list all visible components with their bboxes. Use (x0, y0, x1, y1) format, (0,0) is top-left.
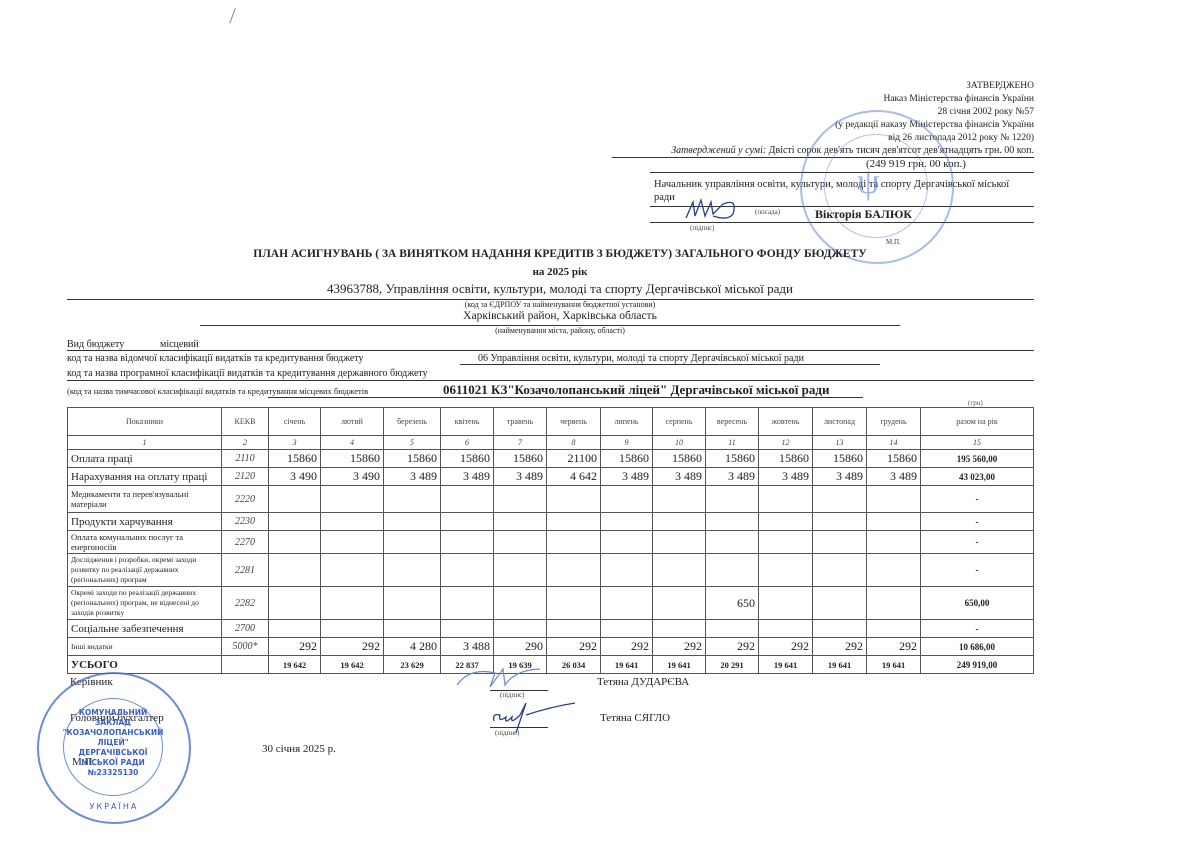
institution-caption: (код за ЄДРПОУ та найменування бюджетної… (160, 300, 960, 309)
month-value: 292 (813, 638, 867, 656)
summary-label: УСЬОГО (68, 656, 222, 674)
month-value: 15860 (759, 450, 813, 468)
row-indicator: Дослідження і розробки, окремі заходи ро… (68, 554, 222, 587)
month-value: 15860 (321, 450, 384, 468)
document-date: 30 січня 2025 р. (262, 743, 336, 755)
table-row: Окремі заходи по реалізації державних (р… (68, 587, 1034, 620)
column-index: 6 (441, 436, 494, 450)
table-header-row: ПоказникиКЕКВсіченьлютийберезеньквітеньт… (68, 408, 1034, 436)
month-value (813, 587, 867, 620)
month-value: 15860 (653, 450, 706, 468)
month-value (384, 531, 441, 554)
row-kekv: 2110 (222, 450, 269, 468)
month-value (384, 587, 441, 620)
month-value (321, 486, 384, 513)
column-header: листопад (813, 408, 867, 436)
month-value (384, 513, 441, 531)
seal-line: ЛІЦЕЙ" (57, 738, 169, 748)
month-value (441, 486, 494, 513)
column-header: Показники (68, 408, 222, 436)
month-value (601, 554, 653, 587)
seal-footer-text: УКРАЇНА (79, 802, 149, 811)
seal-center-text: КОМУНАЛЬНИЙЗАКЛАД"КОЗАЧОЛОПАНСЬКИЙЛІЦЕЙ"… (57, 708, 169, 778)
summary-month-value: 19 641 (813, 656, 867, 674)
month-value (494, 531, 547, 554)
column-index: 2 (222, 436, 269, 450)
month-value: 4 280 (384, 638, 441, 656)
table-row: Дослідження і розробки, окремі заходи ро… (68, 554, 1034, 587)
row-kekv: 5000* (222, 638, 269, 656)
summary-kekv (222, 656, 269, 674)
month-value (813, 486, 867, 513)
dept-classification-label: код та назва відомчої класифікації видат… (67, 353, 364, 364)
month-value (867, 587, 921, 620)
month-value: 292 (706, 638, 759, 656)
month-value (494, 620, 547, 638)
month-value (867, 486, 921, 513)
month-value (867, 554, 921, 587)
month-value: 15860 (384, 450, 441, 468)
month-value (601, 531, 653, 554)
row-indicator: Нарахування на оплату праці (68, 468, 222, 486)
temp-classification-label: (код та назва тимчасової класифікації ви… (67, 386, 368, 396)
location-caption: (найменування міста, району, області) (160, 326, 960, 335)
head-signature (683, 196, 753, 222)
month-value (269, 620, 321, 638)
summary-month-value: 23 629 (384, 656, 441, 674)
month-value (759, 620, 813, 638)
month-value (813, 620, 867, 638)
row-total: 10 686,00 (921, 638, 1034, 656)
month-value (813, 513, 867, 531)
month-value (269, 587, 321, 620)
dept-classification-value: 06 Управління освіти, культури, молоді т… (478, 353, 804, 364)
approved-sum-label: Затверджений у сумі: (671, 145, 766, 156)
month-value: 650 (706, 587, 759, 620)
column-index: 10 (653, 436, 706, 450)
month-value: 292 (321, 638, 384, 656)
column-header: березень (384, 408, 441, 436)
position-caption: (посада) (755, 208, 780, 216)
row-total: - (921, 620, 1034, 638)
month-value (601, 513, 653, 531)
column-header: січень (269, 408, 321, 436)
approval-title: ЗАТВЕРДЖЕНО (600, 80, 1034, 93)
column-index: 14 (867, 436, 921, 450)
column-index: 13 (813, 436, 867, 450)
column-index: 9 (601, 436, 653, 450)
summary-month-value: 19 641 (867, 656, 921, 674)
table-index-row: 123456789101112131415 (68, 436, 1034, 450)
month-value: 4 642 (547, 468, 601, 486)
accountant-sig-caption: (підпис) (495, 729, 520, 737)
allocation-table: ПоказникиКЕКВсіченьлютийберезеньквітеньт… (67, 407, 1034, 674)
month-value (653, 531, 706, 554)
month-value: 15860 (494, 450, 547, 468)
summary-month-value: 19 642 (269, 656, 321, 674)
month-value (653, 486, 706, 513)
month-value (441, 513, 494, 531)
column-index: 1 (68, 436, 222, 450)
month-value: 292 (759, 638, 813, 656)
seal-line: МІСЬКОЇ РАДИ (57, 758, 169, 768)
approval-edition: (у редакції наказу Міністерства фінансів… (600, 119, 1034, 132)
approval-order-date: 28 січня 2002 року №57 (600, 106, 1034, 119)
month-value (494, 513, 547, 531)
month-value: 3 490 (269, 468, 321, 486)
month-value: 15860 (269, 450, 321, 468)
month-value (321, 587, 384, 620)
month-value: 292 (269, 638, 321, 656)
row-indicator: Продукти харчування (68, 513, 222, 531)
table-row: Соціальне забезпечення2700- (68, 620, 1034, 638)
month-value (653, 620, 706, 638)
row-kekv: 2220 (222, 486, 269, 513)
row-indicator: Окремі заходи по реалізації державних (р… (68, 587, 222, 620)
month-value (547, 587, 601, 620)
row-kekv: 2120 (222, 468, 269, 486)
column-index: 4 (321, 436, 384, 450)
table-row: Оплата комунальних послуг та енергоносії… (68, 531, 1034, 554)
month-value (269, 531, 321, 554)
column-index: 15 (921, 436, 1034, 450)
row-indicator: Соціальне забезпечення (68, 620, 222, 638)
row-total: 43 023,00 (921, 468, 1034, 486)
seal-line: №23325130 (57, 768, 169, 778)
month-value (547, 513, 601, 531)
month-value (321, 531, 384, 554)
column-header: грудень (867, 408, 921, 436)
row-kekv: 2700 (222, 620, 269, 638)
row-total: - (921, 531, 1034, 554)
row-indicator: Оплата праці (68, 450, 222, 468)
month-value: 15860 (813, 450, 867, 468)
institution-name: 43963788, Управління освіти, культури, м… (160, 281, 960, 297)
month-value: 15860 (601, 450, 653, 468)
month-value: 3 489 (494, 468, 547, 486)
location: Харківський район, Харківська область (160, 310, 960, 322)
program-classification-label: код та назва програмної класифікації вид… (67, 368, 428, 379)
official-seal-stamp: ψ (800, 110, 954, 264)
column-index: 7 (494, 436, 547, 450)
month-value (759, 587, 813, 620)
month-value: 15860 (441, 450, 494, 468)
month-value (384, 620, 441, 638)
month-value (813, 531, 867, 554)
month-value (494, 554, 547, 587)
seal-line: ЗАКЛАД (57, 718, 169, 728)
month-value (813, 554, 867, 587)
month-value (547, 531, 601, 554)
column-header: лютий (321, 408, 384, 436)
summary-month-value: 19 641 (653, 656, 706, 674)
column-index: 8 (547, 436, 601, 450)
summary-month-value: 19 642 (321, 656, 384, 674)
month-value (706, 531, 759, 554)
row-total: - (921, 513, 1034, 531)
month-value (269, 554, 321, 587)
summary-total: 249 919,00 (921, 656, 1034, 674)
month-value (494, 486, 547, 513)
month-value (759, 531, 813, 554)
summary-month-value: 19 641 (759, 656, 813, 674)
month-value (547, 554, 601, 587)
row-indicator: Медикаменти та перев'язувальні матеріали (68, 486, 222, 513)
month-value (321, 620, 384, 638)
month-value (759, 554, 813, 587)
month-value (706, 486, 759, 513)
month-value (653, 513, 706, 531)
column-header: жовтень (759, 408, 813, 436)
row-total: 650,00 (921, 587, 1034, 620)
seal-line: КОМУНАЛЬНИЙ (57, 708, 169, 718)
row-indicator: Інші видатки (68, 638, 222, 656)
month-value: 3 489 (384, 468, 441, 486)
column-header: травень (494, 408, 547, 436)
column-header: серпень (653, 408, 706, 436)
signature-head-name: Тетяна ДУДАРЄВА (597, 676, 689, 688)
signature-caption: (підпис) (690, 224, 715, 232)
column-index: 11 (706, 436, 759, 450)
month-value: 3 489 (867, 468, 921, 486)
month-value (867, 620, 921, 638)
row-kekv: 2230 (222, 513, 269, 531)
table-row: Продукти харчування2230- (68, 513, 1034, 531)
summary-month-value: 19 641 (601, 656, 653, 674)
row-kekv: 2282 (222, 587, 269, 620)
month-value (867, 513, 921, 531)
month-value: 3 489 (601, 468, 653, 486)
month-value: 3 489 (813, 468, 867, 486)
month-value: 21100 (547, 450, 601, 468)
month-value: 15860 (867, 450, 921, 468)
month-value (441, 620, 494, 638)
month-value (441, 587, 494, 620)
month-value (441, 554, 494, 587)
column-header: липень (601, 408, 653, 436)
month-value: 292 (601, 638, 653, 656)
month-value (706, 620, 759, 638)
seal-line: "КОЗАЧОЛОПАНСЬКИЙ (57, 728, 169, 738)
column-index: 12 (759, 436, 813, 450)
column-index: 3 (269, 436, 321, 450)
column-header: вересень (706, 408, 759, 436)
column-header: КЕКВ (222, 408, 269, 436)
signature-accountant-name: Тетяна СЯГЛО (600, 712, 670, 724)
month-value (269, 486, 321, 513)
month-value (706, 513, 759, 531)
column-header: червень (547, 408, 601, 436)
budget-type-value: місцевий (160, 339, 199, 350)
month-value: 292 (653, 638, 706, 656)
summary-month-value: 20 291 (706, 656, 759, 674)
column-header: разом на рік (921, 408, 1034, 436)
temp-classification-value: 0611021 КЗ"Козачолопанський ліцей" Дерга… (443, 382, 829, 398)
scan-mark (229, 8, 236, 24)
month-value (321, 513, 384, 531)
month-value: 3 489 (653, 468, 706, 486)
table-row: Нарахування на оплату праці21203 4903 49… (68, 468, 1034, 486)
month-value (653, 587, 706, 620)
month-value: 290 (494, 638, 547, 656)
month-value: 3 489 (759, 468, 813, 486)
month-value (321, 554, 384, 587)
month-value: 3 489 (441, 468, 494, 486)
row-total: - (921, 554, 1034, 587)
column-header: квітень (441, 408, 494, 436)
budget-type-label: Вид бюджету (67, 339, 124, 350)
month-value (547, 620, 601, 638)
month-value (706, 554, 759, 587)
table-row: Оплата праці2110158601586015860158601586… (68, 450, 1034, 468)
month-value (759, 486, 813, 513)
month-value (867, 531, 921, 554)
document-year: на 2025 рік (160, 266, 960, 278)
month-value: 3 489 (706, 468, 759, 486)
month-value (269, 513, 321, 531)
month-value (441, 531, 494, 554)
month-value: 3 490 (321, 468, 384, 486)
month-value (384, 554, 441, 587)
month-value (653, 554, 706, 587)
trident-icon: ψ (857, 160, 880, 202)
institution-seal-stamp: КОМУНАЛЬНИЙЗАКЛАД"КОЗАЧОЛОПАНСЬКИЙЛІЦЕЙ"… (37, 672, 191, 824)
row-total: 195 560,00 (921, 450, 1034, 468)
approval-block: ЗАТВЕРДЖЕНО Наказ Міністерства фінансів … (600, 80, 1034, 145)
table-row: Медикаменти та перев'язувальні матеріали… (68, 486, 1034, 513)
row-kekv: 2270 (222, 531, 269, 554)
month-value (547, 486, 601, 513)
month-value (759, 513, 813, 531)
seal-line: ДЕРГАЧІВСЬКОЇ (57, 748, 169, 758)
row-total: - (921, 486, 1034, 513)
month-value: 292 (547, 638, 601, 656)
document-title: ПЛАН АСИГНУВАНЬ ( ЗА ВИНЯТКОМ НАДАННЯ КР… (160, 248, 960, 260)
table-row: Інші видатки5000*2922924 2803 4882902922… (68, 638, 1034, 656)
month-value (384, 486, 441, 513)
summary-month-value: 26 034 (547, 656, 601, 674)
month-value (494, 587, 547, 620)
month-value: 15860 (706, 450, 759, 468)
month-value (601, 620, 653, 638)
summary-row: УСЬОГО19 64219 64223 62922 83719 63926 0… (68, 656, 1034, 674)
currency-unit: (грн) (968, 399, 983, 407)
month-value (601, 486, 653, 513)
row-kekv: 2281 (222, 554, 269, 587)
month-value: 292 (867, 638, 921, 656)
row-indicator: Оплата комунальних послуг та енергоносії… (68, 531, 222, 554)
column-index: 5 (384, 436, 441, 450)
month-value (601, 587, 653, 620)
month-value: 3 488 (441, 638, 494, 656)
approval-order: Наказ Міністерства фінансів України (600, 93, 1034, 106)
